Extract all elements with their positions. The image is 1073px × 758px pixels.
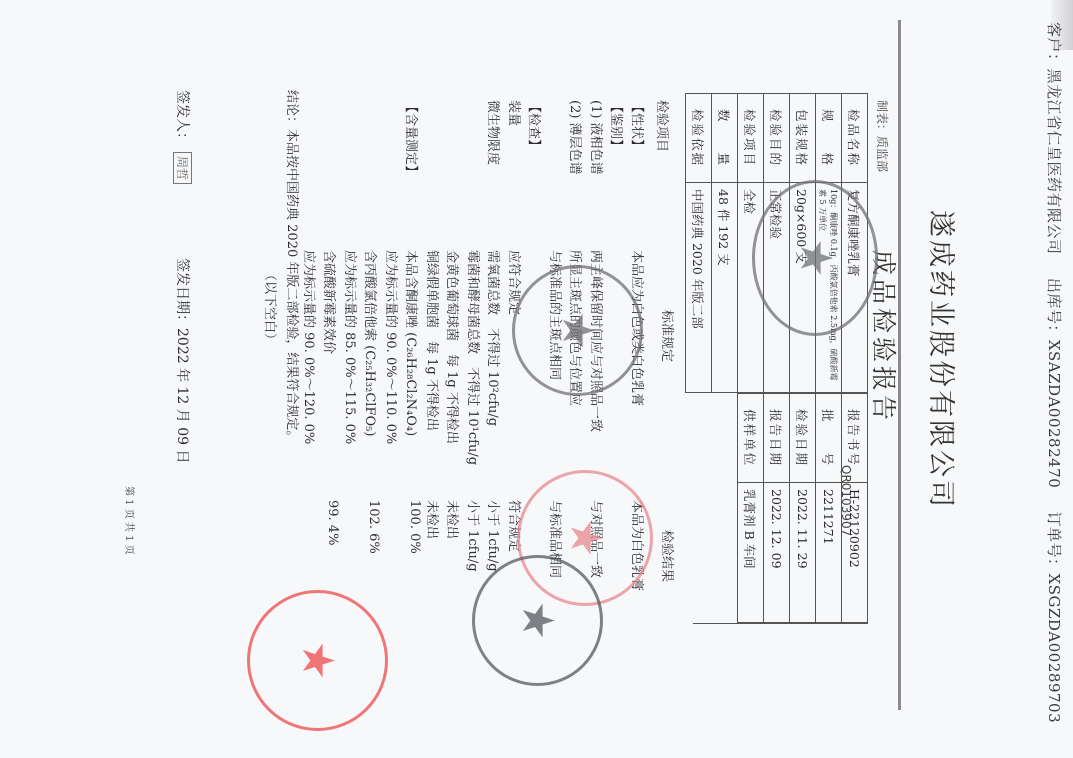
- company-name: 遂成药业股份有限公司: [924, 210, 963, 510]
- result-value: 小于 1cfu/g: [486, 500, 505, 572]
- info-label: 数 量: [712, 94, 738, 183]
- result-item: (1) 液相色谱: [588, 100, 607, 175]
- company-qc-stamp-2: ★: [512, 265, 643, 396]
- prepared-by: 制表：质监部: [874, 100, 891, 172]
- info-label: 批 号: [816, 394, 842, 483]
- result-standard: 含丙酸氯倍他索 (C₂₅H₃₂ClFO₅): [363, 250, 382, 436]
- conclusion: 结论：本品按中国药典 2020 年版二部检验，结果符合规定。: [284, 90, 303, 443]
- guoyao-stamp-gray: ★: [472, 555, 603, 686]
- result-item: 【含量测定】: [404, 100, 423, 178]
- conclusion-text: 本品按中国药典 2020 年版二部检验，结果符合规定。: [284, 129, 299, 443]
- sign-date-label: 签发日期：: [174, 258, 190, 328]
- info-label: 报告书号: [842, 394, 868, 483]
- info-value: 2211271: [816, 483, 842, 623]
- result-standard: 应为标示量的 90. 0%～120. 0%: [301, 250, 320, 444]
- outbound-no: XSAZDA00282470: [1045, 340, 1063, 488]
- info-label: 检品名称: [842, 94, 868, 183]
- star-icon: ★: [516, 601, 560, 640]
- col-header-item: 检验项目: [654, 100, 673, 152]
- sign-date-value: 2022 年 12 月 09 日: [174, 328, 190, 464]
- result-item: 【检查】: [527, 100, 546, 152]
- info-value: 2022. 11. 29: [790, 483, 816, 623]
- info-label: 检验依据: [686, 94, 712, 183]
- col-header-standard: 标准规定: [659, 310, 678, 362]
- star-icon: ★: [296, 641, 340, 680]
- result-value: 小于 1cfu/g: [465, 500, 484, 572]
- result-value: 未检出: [424, 500, 443, 539]
- info-label: 规 格: [816, 94, 842, 183]
- info-label: 供样单位: [738, 394, 764, 483]
- guoyao-stamp-red: ★: [247, 590, 388, 731]
- signer-seal: 周哲: [173, 152, 192, 184]
- star-icon: ★: [556, 311, 600, 350]
- page-info: 第 1 页 共 1 页: [123, 486, 138, 555]
- header-line: 客户：黑龙江省仁皇医药有限公司 出库号：XSAZDA00282470 订单号：X…: [1044, 22, 1065, 723]
- result-item: (2) 薄层色谱: [568, 100, 587, 175]
- inspection-report-page: 客户：黑龙江省仁皇医药有限公司 出库号：XSAZDA00282470 订单号：X…: [0, 0, 1073, 758]
- info-row: 数 量48 件 192 支: [712, 94, 738, 393]
- info-row: 报告日期2022. 12. 09: [764, 394, 790, 623]
- customer-name: 黑龙江省仁皇医药有限公司: [1045, 69, 1063, 255]
- info-row: 供样单位乳膏剂 B 车间: [738, 394, 764, 623]
- info-row: 检验日期2022. 11. 29: [790, 394, 816, 623]
- blank-note: （以下空白）: [262, 268, 281, 346]
- signer: 签发人：周哲: [173, 90, 193, 184]
- order-no: XSGZDA00289703: [1045, 574, 1063, 724]
- result-item: 装量: [506, 100, 525, 126]
- order-label: 订单号：: [1045, 512, 1063, 574]
- report-info-table: 报告书号H-22120902批 号2211271检验日期2022. 11. 29…: [737, 393, 868, 623]
- company-qc-stamp: ★: [752, 180, 878, 336]
- info-label: 检验项目: [738, 94, 764, 183]
- result-standard: 铜绿假单胞菌 每 1g 不得检出: [424, 250, 443, 431]
- result-standard: 应为标示量的 90. 0%～110. 0%: [383, 250, 402, 444]
- result-value: 100. 0%: [408, 500, 423, 554]
- info-row: 批 号2211271: [816, 394, 842, 623]
- result-standard: 含硫酸新霉素效价: [322, 250, 341, 354]
- signer-label: 签发人：: [174, 90, 190, 146]
- result-standard: 本品含酮康唑 (C₂₆H₂₈Cl₂N₄O₄): [404, 250, 423, 436]
- result-standard: 霉菌和酵母菌总数 不得过 10¹cfu/g: [465, 250, 484, 465]
- info-value: 乳膏剂 B 车间: [738, 483, 764, 623]
- sign-date: 签发日期：2022 年 12 月 09 日: [173, 258, 193, 464]
- result-value: 99. 4%: [326, 500, 341, 545]
- star-icon: ★: [793, 238, 837, 277]
- result-value: 102. 6%: [367, 500, 382, 554]
- star-icon: ★: [563, 518, 607, 557]
- info-label: 检验目的: [764, 94, 790, 183]
- result-standard: 金黄色葡萄球菌 每 1g 不得检出: [445, 250, 464, 444]
- info-value: 2022. 12. 09: [764, 483, 790, 623]
- info-label: 包装规格: [790, 94, 816, 183]
- outbound-label: 出库号：: [1045, 278, 1063, 340]
- customer-label: 客户：: [1045, 22, 1063, 69]
- info-row: 报告书号H-22120902: [842, 394, 868, 623]
- result-item: 【性状】: [629, 100, 648, 152]
- info-label: 检验日期: [790, 394, 816, 483]
- result-item: 微生物限度: [486, 100, 505, 165]
- result-standard: 应为标示量的 85. 0%～115. 0%: [342, 250, 361, 444]
- info-value: 中国药典 2020 年版二部: [686, 183, 712, 393]
- col-header-result: 检验结果: [659, 530, 678, 582]
- info-label: 报告日期: [764, 394, 790, 483]
- info-value: H-22120902: [842, 483, 868, 623]
- info-value: 48 件 192 支: [712, 183, 738, 393]
- result-value: 未检出: [445, 500, 464, 539]
- result-item: 【鉴别】: [609, 100, 628, 152]
- info-row: 检验依据中国药典 2020 年版二部: [686, 94, 712, 393]
- result-standard: 需氧菌总数 不得过 10²cfu/g: [486, 250, 505, 426]
- table-border: [693, 623, 868, 624]
- conclusion-label: 结论：: [284, 90, 299, 129]
